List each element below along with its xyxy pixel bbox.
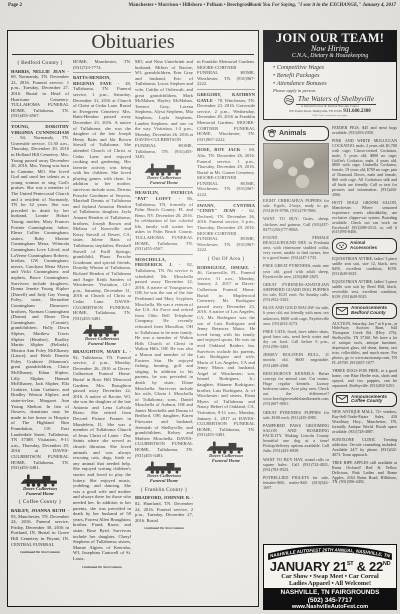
- classified-ad: POTBELLIED PIGLETS for sale, females-$60…: [263, 475, 329, 490]
- classified-ad: NEW ANTIQUE MALL, 72+ vendors, Buy-Sell-…: [332, 410, 397, 435]
- section-label: AnnouncementsCoffee County: [351, 395, 387, 405]
- obit-entry-heavilin: HEAVILIN, PATRICIA "PAT" LOFFT - 86, Tul…: [135, 187, 193, 252]
- classifieds-right-column: FEEDER PIGS, $45 and meat hogs available…: [332, 123, 397, 542]
- benefit-item: Competitive Wages: [273, 64, 396, 72]
- arc-banner: NASHVILLE AUTOFEST 26TH ANNUAL, NASHVILL…: [264, 545, 396, 560]
- classified-ad: EQUESTRIAN ATTIRE, ladies' 3 piece saddl…: [332, 257, 397, 277]
- classifieds-left-column: Animals EIGHT CHIHUAHUA PUPPIES for sale…: [263, 123, 329, 542]
- daves-culbertson-logo: Daves-Culbertson Funeral Home: [135, 163, 193, 186]
- continued-note: Continued On Next Column: [135, 526, 193, 530]
- classified-ad: WANT TO BUY: Goats, sheep, chickens and …: [263, 216, 329, 231]
- announcements-coffee-badge: AnnouncementsCoffee County: [332, 392, 397, 408]
- county-header-franklin: { Franklin County }: [135, 487, 193, 494]
- arc-banner-text: NASHVILLE AUTOFEST 26TH ANNUAL, NASHVILL…: [270, 547, 391, 558]
- section-label: AnimalAccessories: [350, 241, 377, 251]
- facility-tagline: A Rehabilitation & Skilled Nursing Cente…: [264, 105, 396, 108]
- envelope-icon: [336, 395, 348, 403]
- obit-entry-rose: ROSE, ROY JACK - 60, Alto, TN. December …: [197, 144, 255, 197]
- daves-culbertson-logo: Daves-Culbertson Funeral Home: [11, 474, 69, 497]
- classified-ad: FEEDER PIGS, $45 and meat hogs available…: [332, 126, 397, 136]
- obituaries-section: Obituaries { Bedford County } HARRIS, NE…: [7, 30, 259, 607]
- accessories-ads-list: EQUESTRIAN ATTIRE, ladies' 3 piece saddl…: [332, 257, 397, 299]
- classified-ad: FREE GREAT PYRENEES, male, one year old,…: [263, 263, 329, 278]
- ad-subtitle: Now Hiring: [264, 45, 396, 53]
- event-dates: JANUARY 21ST & 22ND: [264, 560, 396, 573]
- autofest-ad: NASHVILLE AUTOFEST 26TH ANNUAL, NASHVILL…: [263, 544, 397, 610]
- daves-culbertson-logo: Daves-Culbertson Funeral Home: [197, 441, 255, 464]
- facility-name: The Waters of Shelbyville: [296, 94, 376, 105]
- svg-text:NASHVILLE AUTOFEST 26TH ANNUAL: NASHVILLE AUTOFEST 26TH ANNUAL, NASHVILL…: [270, 547, 391, 558]
- obit-entry-batts-hendon: BATTS-HENDON, REGENIA FAYE - 48, Tullaho…: [73, 72, 131, 321]
- ad-roles: C.N.A., Dietary & Housekeeping: [264, 53, 396, 60]
- obit-entry-bradford: BRADFORD, JOHNNIE B. - 82, Huntland, TN.…: [135, 495, 193, 523]
- brand-row: The Waters of Shelbyville: [264, 94, 396, 105]
- classified-ad: FOUND FEMALE BEAGLE/HOUND MIX in Fredoni…: [263, 235, 329, 261]
- apply-note: Please apply in person.: [273, 88, 396, 93]
- classified-ad: PINK AND WHITE MOLUCCAN COCKATOO, male, …: [332, 139, 397, 198]
- benefit-item: Attendance Bonuses: [273, 80, 396, 88]
- classified-ad: AUCTION, Saturday, Jan 7 at 6 p.m., at H…: [332, 322, 397, 366]
- obituary-column-2: HOME, Manchester, TN. (931)723-7774. BAT…: [73, 57, 131, 603]
- title-rule: [12, 54, 254, 55]
- benefit-item: Benefit Packages: [273, 72, 396, 80]
- obituary-column-3: MO, and Nina Unterbrink and husband, Mil…: [135, 57, 193, 603]
- page-header: Page 2 Manchester • Morrison • Hillsboro…: [0, 2, 400, 13]
- event-features: Car Show • Swap Meet • Car Corral: [264, 573, 396, 580]
- obit-continuation: in Franklin Memorial Gardens. MOORE-CORT…: [197, 59, 255, 87]
- classified-ad: EQUESTRIAN ATTIRE, ladies' 3 piece saddl…: [332, 280, 397, 300]
- obit-entry-gregory: GREGORY, KATHRYN GAYLE - 78, Winchester,…: [197, 89, 255, 142]
- classified-ad: HOTT DOGZ GROOM SALON, Manchester. Where…: [332, 201, 397, 235]
- classified-ad: WANT TO BUY HAY, round rolls or square b…: [263, 457, 329, 472]
- classified-ad: JERSEY HOLSTEIN BULL, 11 months old, $60…: [263, 352, 329, 367]
- classified-ad: SUBOXONE CLINIC Treating addiction. On-s…: [332, 438, 397, 458]
- classified-ad: TREE RIPE APPLES still available at Rain…: [332, 461, 397, 486]
- classified-ad: PAMPERED PAWS GROOMING SALON AND BOARDIN…: [263, 423, 329, 454]
- waters-logo-icon: [284, 95, 294, 105]
- classified-ad: THREE DOGS FOR FREE, to a good home, one…: [332, 369, 397, 389]
- classified-ad: EIGHT CHIHUAHUA PUPPIES for sale, 6-girl…: [263, 198, 329, 213]
- obit-entry-swann: SWANN, CYNTHIA "CINDY" JEAN - 62, Decher…: [197, 200, 255, 253]
- section-label: AnnouncementsBedford County: [351, 306, 387, 316]
- venue-phone: (502) 345-7717: [264, 597, 396, 604]
- obit-entry-rodriguez: RODRIGUEZ, ISMAEL - 46, Gainesville, FL.…: [197, 265, 255, 438]
- paw-icon: [267, 129, 276, 138]
- train-icon: [20, 474, 60, 487]
- coffee-ads-list: NEW ANTIQUE MALL, 72+ vendors, Buy-Sell-…: [332, 410, 397, 485]
- ad-title: JOIN OUR TEAM!: [264, 32, 396, 45]
- obit-entry-moschella: MOSCHELLA, FREDERICK J. - 82, Tullahoma,…: [135, 254, 193, 458]
- animal-accessories-badge: AnimalAccessories: [332, 238, 397, 254]
- obituaries-title: Obituaries: [8, 32, 258, 53]
- page-number: Page 2: [8, 3, 22, 8]
- obit-entry-braughton: BRAUGHTON, MARY L. - 92, Tullahoma, TN. …: [73, 349, 131, 562]
- woof-logo-icon: [336, 242, 347, 250]
- animal-ads-list: EIGHT CHIHUAHUA PUPPIES for sale, 6-girl…: [263, 198, 329, 490]
- train-icon: [144, 163, 184, 176]
- obit-continuation: MO, and Nina Unterbrink and husband, Mil…: [135, 59, 193, 160]
- masthead-slogan: Thank You For Saying, "I saw it in the E…: [248, 3, 396, 8]
- obit-entry-harris: HARRIS, NELLIE JEAN - 69, Normandy, TN. …: [11, 69, 69, 119]
- announcements-bedford-badge: AnnouncementsBedford County: [332, 303, 397, 319]
- obituary-column-4: in Franklin Memorial Gardens. MOORE-CORT…: [197, 57, 255, 603]
- venue-name: NASHVILLE, TN FAIRGROUNDS: [264, 589, 396, 596]
- venue-website: www.NashvilleAutoFest.com: [264, 604, 396, 610]
- classified-ad: FREE CATS, fixed, have rabies shots, goo…: [263, 329, 329, 350]
- classified-ad: BLUE AND GOLD MACAW for sale, 6 years ol…: [263, 305, 329, 326]
- animals-section-badge: Animals: [263, 126, 329, 141]
- obit-entry-young: YOUNG, DOROTHY VIRGINIA CUNNINGHAM - 94,…: [11, 121, 69, 471]
- daves-culbertson-logo: Daves-Culbertson Funeral Home: [135, 461, 193, 484]
- daves-culbertson-logo: Daves-Culbertson Funeral Home: [73, 324, 131, 347]
- bedford-ads-list: AUCTION, Saturday, Jan 7 at 6 p.m., at H…: [332, 322, 397, 389]
- animal-ads-list: FEEDER PIGS, $45 and meat hogs available…: [332, 126, 397, 235]
- section-label: Animals: [279, 130, 306, 137]
- obit-continuation: HOME, Manchester, TN. (931)723-7774.: [73, 59, 131, 70]
- obituary-columns: { Bedford County } HARRIS, NELLIE JEAN -…: [11, 57, 255, 603]
- ad-benefits-list: Competitive WagesBenefit PackagesAttenda…: [273, 64, 396, 87]
- venue-bar: NASHVILLE, TN FAIRGROUNDS (502) 345-7717…: [264, 588, 396, 610]
- classified-ad: GREAT PYRENEES PUPPIES for sale, $100 ea…: [263, 410, 329, 420]
- continued-note: Continued On Next Column: [11, 550, 69, 554]
- newspaper-page: Page 2 Manchester • Morrison • Hillsboro…: [0, 0, 400, 614]
- ad-banner: JOIN OUR TEAM! Now Hiring C.N.A., Dietar…: [264, 31, 396, 62]
- classified-ad: GREAT PYRENEES-ANATOLIAN SHEPHERD GUARD …: [263, 282, 329, 303]
- ad-footnote: EOE. Some restrictions may apply.: [264, 114, 396, 117]
- chihuahua-puppies-photo: [263, 143, 329, 195]
- join-our-team-ad: JOIN OUR TEAM! Now Hiring C.N.A., Dietar…: [263, 30, 397, 120]
- classified-ad: BEECHGROVE KENNELS. Better concept for a…: [263, 371, 329, 407]
- county-header-bedford: { Bedford County }: [11, 60, 69, 67]
- event-features: Ladies Apparel • All Welcome!: [264, 580, 396, 587]
- county-header-out-of-area: { Out Of Area }: [197, 256, 255, 263]
- obit-entry-bailey: BAILEY, JOANNA RUTH - 93, Manchester, TN…: [11, 508, 69, 547]
- continued-note: Continued On Next Column: [73, 565, 131, 569]
- county-header-coffee: { Coffee County }: [11, 499, 69, 506]
- obituary-column-1: { Bedford County } HARRIS, NELLIE JEAN -…: [11, 57, 69, 603]
- envelope-icon: [336, 307, 348, 315]
